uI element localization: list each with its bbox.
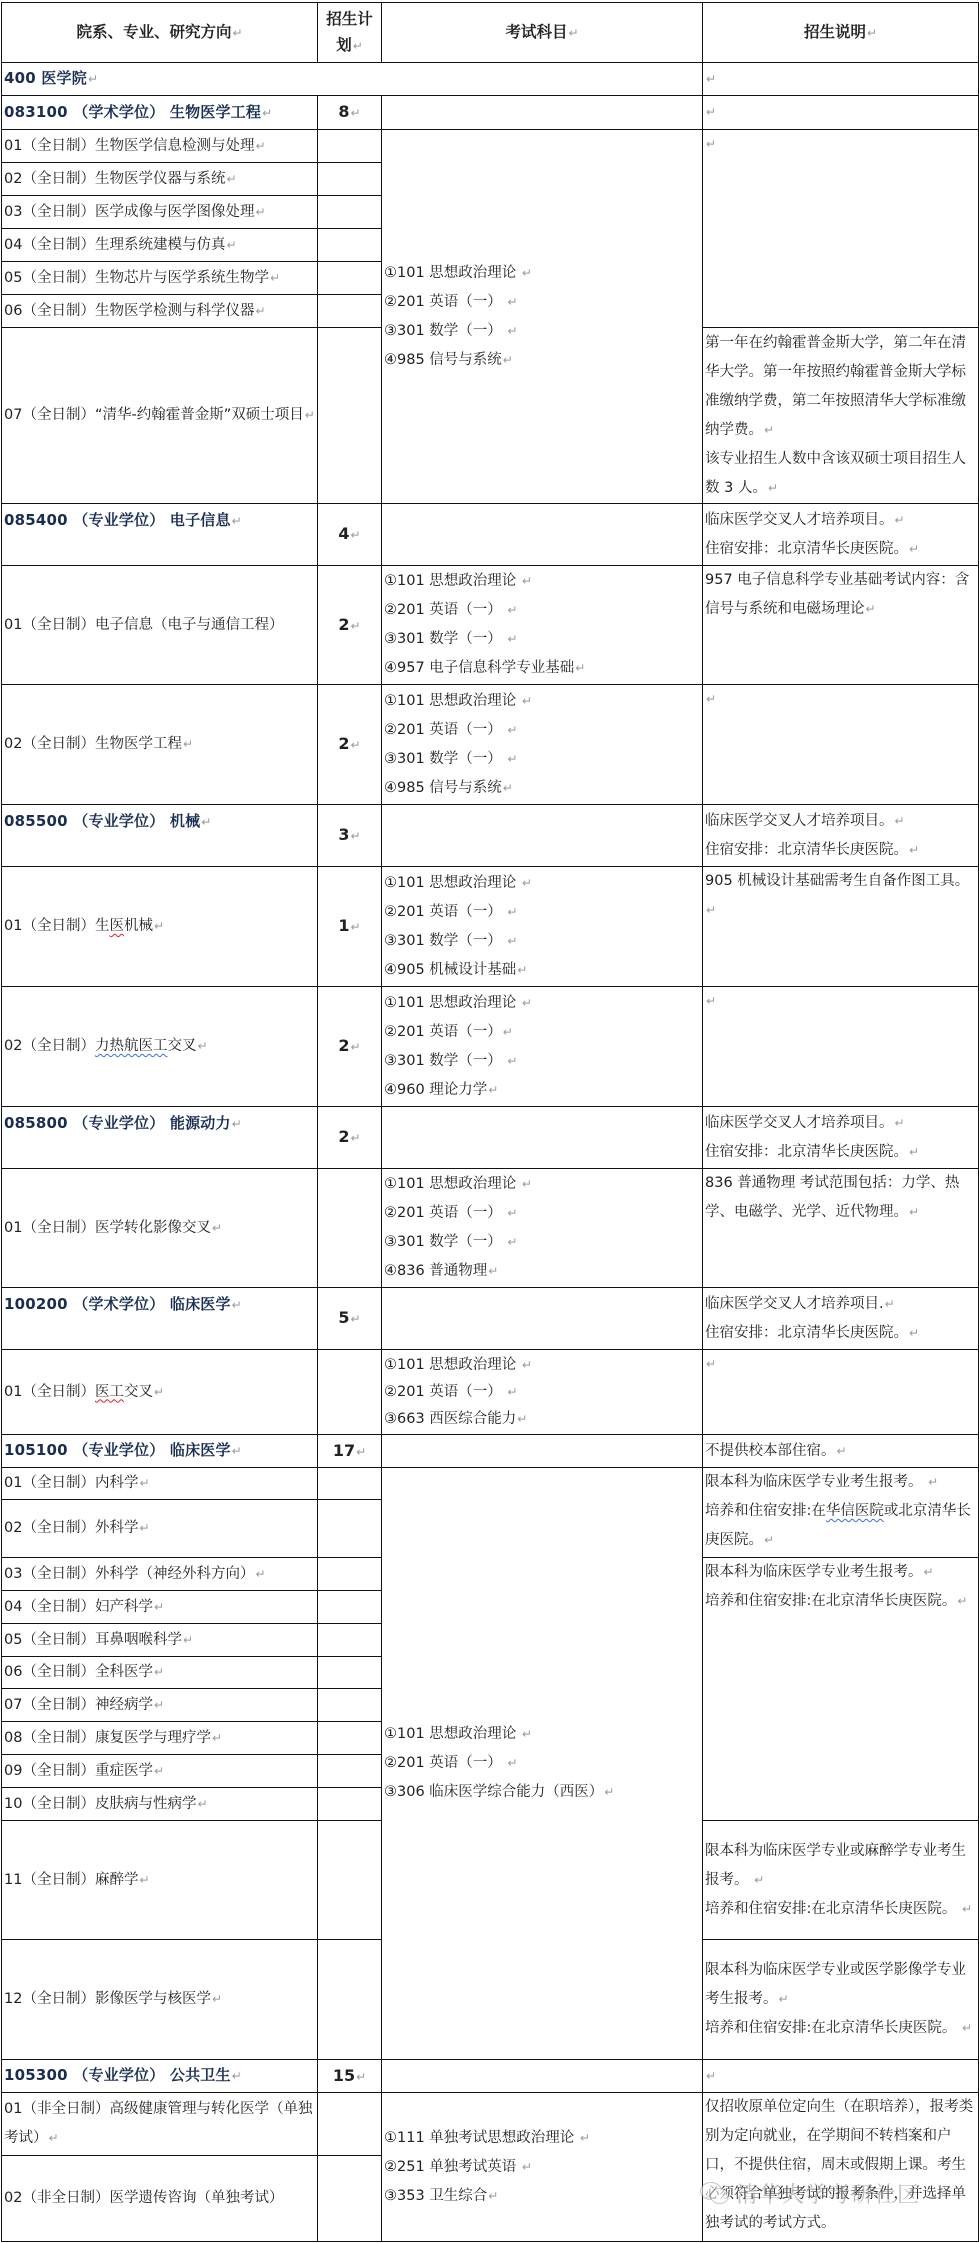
direction-subjects: ①101 思想政治理论 ↵ ②201 英语（一） ↵ ③663 西医综合能力↵: [382, 1350, 703, 1435]
major-row: 105300 （专业学位） 公共卫生↵ 15↵ ↵: [2, 2060, 979, 2093]
major-name: 100200 （学术学位） 临床医学↵: [2, 1288, 318, 1350]
subject-item: ①101 思想政治理论 ↵: [384, 259, 700, 288]
direction-row: 01（全日制）医学转化影像交叉↵ ①101 思想政治理论 ↵ ②201 英语（一…: [2, 1169, 979, 1288]
direction-note: ↵: [703, 130, 979, 328]
major-subjects: [382, 1288, 703, 1350]
direction-note: ↵: [703, 685, 979, 805]
major-row: 105100 （专业学位） 临床医学↵ 17↵ 不提供校本部住宿。↵: [2, 1435, 979, 1468]
direction-name: 06（全日制）全科医学↵: [2, 1657, 318, 1689]
direction-name: 01（全日制）生医机械↵: [2, 867, 318, 987]
major-plan: 8↵: [318, 96, 382, 130]
major-subjects: [382, 1107, 703, 1169]
direction-name: 01（全日制）内科学↵: [2, 1468, 318, 1500]
direction-row: 01（全日制）医工交叉↵ ①101 思想政治理论 ↵ ②201 英语（一） ↵ …: [2, 1350, 979, 1435]
direction-note: 仅招收原单位定向生（在职培养），报考类别为定向就业，在学期间不转档案和户口，不提…: [703, 2093, 979, 2242]
direction-note: 限本科为临床医学专业或麻醉学专业考生报考。 ↵ 培养和住宿安排:在北京清华长庚医…: [703, 1821, 979, 1940]
direction-note: 第一年在约翰霍普金斯大学，第二年在清华大学。第一年按照约翰霍普金斯大学标准缴纳学…: [703, 328, 979, 504]
direction-subjects: ①101 思想政治理论 ↵ ②201 英语（一） ↵ ③301 数学（一） ↵ …: [382, 867, 703, 987]
major-name: 105100 （专业学位） 临床医学↵: [2, 1435, 318, 1468]
header-direction: 院系、专业、研究方向↵: [2, 3, 318, 63]
direction-plan: [318, 1558, 382, 1591]
direction-name: 02（全日制）力热航医工交叉↵: [2, 987, 318, 1107]
direction-name: 02（全日制）生物医学工程↵: [2, 685, 318, 805]
direction-name: 07（全日制）“清华-约翰霍普金斯”双硕士项目↵: [2, 328, 318, 504]
direction-name: 03（全日制）医学成像与医学图像处理↵: [2, 196, 318, 229]
direction-plan: [318, 130, 382, 163]
major-name: 083100 （学术学位） 生物医学工程↵: [2, 96, 318, 130]
direction-plan: 2↵: [318, 685, 382, 805]
direction-name: 03（全日制）外科学（神经外科方向）↵: [2, 1558, 318, 1591]
major-plan: 2↵: [318, 1107, 382, 1169]
major-note: ↵: [703, 2060, 979, 2093]
direction-plan: [318, 262, 382, 295]
major-note: ↵: [703, 96, 979, 130]
department-row: 400 医学院↵ ↵: [2, 63, 979, 96]
direction-name: 09（全日制）重症医学↵: [2, 1755, 318, 1788]
major-plan: 3↵: [318, 805, 382, 867]
major-plan: 4↵: [318, 504, 382, 566]
direction-plan: [318, 295, 382, 328]
department-note: ↵: [703, 63, 979, 96]
direction-plan: [318, 1350, 382, 1435]
direction-plan: [318, 1657, 382, 1689]
direction-subjects: ①111 单独考试思想政治理论 ↵ ②251 单独考试英语 ↵ ③353 卫生综…: [382, 2093, 703, 2242]
direction-name: 10（全日制）皮肤病与性病学↵: [2, 1788, 318, 1821]
direction-name: 01（非全日制）高级健康管理与转化医学（单独考试）↵: [2, 2093, 318, 2156]
direction-plan: [318, 1689, 382, 1722]
major-subjects: [382, 504, 703, 566]
direction-note: 957 电子信息科学专业基础考试内容：含信号与系统和电磁场理论↵: [703, 566, 979, 685]
major-row: 100200 （学术学位） 临床医学↵ 5↵ 临床医学交叉人才培养项目.↵ 住宿…: [2, 1288, 979, 1350]
direction-name: 02（非全日制）医学遗传咨询（单独考试）: [2, 2156, 318, 2242]
direction-name: 04（全日制）妇产科学↵: [2, 1591, 318, 1624]
table-header-row: 院系、专业、研究方向↵ 招生计划↵ 考试科目↵ 招生说明↵: [2, 3, 979, 63]
major-note: 临床医学交叉人才培养项目。↵ 住宿安排：北京清华长庚医院。↵: [703, 1107, 979, 1169]
major-row: 085400 （专业学位） 电子信息↵ 4↵ 临床医学交叉人才培养项目。↵ 住宿…: [2, 504, 979, 566]
major-subjects: [382, 805, 703, 867]
direction-subjects: ①101 思想政治理论 ↵ ②201 英语（一） ↵ ③301 数学（一） ↵ …: [382, 685, 703, 805]
direction-plan: 1↵: [318, 867, 382, 987]
direction-subjects: ①101 思想政治理论 ↵ ②201 英语（一） ↵ ③301 数学（一） ↵ …: [382, 130, 703, 504]
direction-name: 08（全日制）康复医学与理疗学↵: [2, 1722, 318, 1755]
direction-subjects: ①101 思想政治理论 ↵ ②201 英语（一） ↵ ③301 数学（一） ↵ …: [382, 566, 703, 685]
direction-plan: [318, 1624, 382, 1657]
direction-row: 01（非全日制）高级健康管理与转化医学（单独考试）↵ ①111 单独考试思想政治…: [2, 2093, 979, 2156]
direction-note: ↵: [703, 987, 979, 1107]
direction-plan: [318, 1169, 382, 1288]
direction-plan: [318, 1788, 382, 1821]
direction-row: 01（全日制）生物医学信息检测与处理↵ ①101 思想政治理论 ↵ ②201 英…: [2, 130, 979, 163]
header-plan: 招生计划↵: [318, 3, 382, 63]
major-row: 085800 （专业学位） 能源动力↵ 2↵ 临床医学交叉人才培养项目。↵ 住宿…: [2, 1107, 979, 1169]
direction-note: 限本科为临床医学专业考生报考。 ↵ 培养和住宿安排:在华信医院或北京清华长庚医院…: [703, 1468, 979, 1558]
direction-name: 01（全日制）医学转化影像交叉↵: [2, 1169, 318, 1288]
department-name: 400 医学院↵: [2, 63, 703, 96]
major-name: 085800 （专业学位） 能源动力↵: [2, 1107, 318, 1169]
direction-plan: [318, 2156, 382, 2242]
direction-row: 02（全日制）力热航医工交叉↵ 2↵ ①101 思想政治理论 ↵ ②201 英语…: [2, 987, 979, 1107]
direction-note: 限本科为临床医学专业或医学影像学专业考生报考。↵ 培养和住宿安排:在北京清华长庚…: [703, 1940, 979, 2060]
major-name: 085400 （专业学位） 电子信息↵: [2, 504, 318, 566]
direction-subjects: ①101 思想政治理论 ↵ ②201 英语（一） ↵ ③301 数学（一） ↵ …: [382, 1169, 703, 1288]
direction-subjects: ①101 思想政治理论 ↵ ②201 英语（一）↵ ③301 数学（一） ↵ ④…: [382, 987, 703, 1107]
direction-note: ↵: [703, 1350, 979, 1435]
major-note: 临床医学交叉人才培养项目。↵ 住宿安排：北京清华长庚医院。↵: [703, 504, 979, 566]
direction-name: 05（全日制）耳鼻咽喉科学↵: [2, 1624, 318, 1657]
direction-name: 02（全日制）生物医学仪器与系统↵: [2, 163, 318, 196]
major-subjects: [382, 96, 703, 130]
direction-name: 02（全日制）外科学↵: [2, 1500, 318, 1558]
subject-item: ②201 英语（一） ↵: [384, 288, 700, 317]
direction-note: 限本科为临床医学专业考生报考。↵ 培养和住宿安排:在北京清华长庚医院。↵: [703, 1558, 979, 1821]
direction-name: 04（全日制）生理系统建模与仿真↵: [2, 229, 318, 262]
direction-plan: 2↵: [318, 566, 382, 685]
direction-plan: 2↵: [318, 987, 382, 1107]
major-subjects: [382, 2060, 703, 2093]
direction-plan: [318, 1755, 382, 1788]
direction-row: 01（全日制）内科学↵ ①101 思想政治理论 ↵ ②201 英语（一） ↵ ③…: [2, 1468, 979, 1500]
direction-subjects: ①101 思想政治理论 ↵ ②201 英语（一） ↵ ③306 临床医学综合能力…: [382, 1468, 703, 2060]
direction-plan: [318, 196, 382, 229]
major-subjects: [382, 1435, 703, 1468]
direction-name: 01（全日制）生物医学信息检测与处理↵: [2, 130, 318, 163]
direction-name: 01（全日制）电子信息（电子与通信工程）: [2, 566, 318, 685]
direction-plan: [318, 1500, 382, 1558]
header-subjects: 考试科目↵: [382, 3, 703, 63]
direction-plan: [318, 328, 382, 504]
direction-row: 01（全日制）生医机械↵ 1↵ ①101 思想政治理论 ↵ ②201 英语（一）…: [2, 867, 979, 987]
major-plan: 15↵: [318, 2060, 382, 2093]
direction-plan: [318, 2093, 382, 2156]
admissions-table: 院系、专业、研究方向↵ 招生计划↵ 考试科目↵ 招生说明↵ 400 医学院↵ ↵…: [1, 2, 979, 2242]
direction-plan: [318, 1940, 382, 2060]
major-plan: 17↵: [318, 1435, 382, 1468]
direction-name: 12（全日制）影像医学与核医学↵: [2, 1940, 318, 2060]
direction-name: 05（全日制）生物芯片与医学系统生物学↵: [2, 262, 318, 295]
direction-row: 02（全日制）生物医学工程↵ 2↵ ①101 思想政治理论 ↵ ②201 英语（…: [2, 685, 979, 805]
direction-plan: [318, 1821, 382, 1940]
direction-plan: [318, 1591, 382, 1624]
direction-name: 11（全日制）麻醉学↵: [2, 1821, 318, 1940]
major-note: 临床医学交叉人才培养项目。↵ 住宿安排：北京清华长庚医院。↵: [703, 805, 979, 867]
major-row: 083100 （学术学位） 生物医学工程↵ 8↵ ↵: [2, 96, 979, 130]
major-plan: 5↵: [318, 1288, 382, 1350]
direction-plan: [318, 163, 382, 196]
major-row: 085500 （专业学位） 机械↵ 3↵ 临床医学交叉人才培养项目。↵ 住宿安排…: [2, 805, 979, 867]
direction-plan: [318, 229, 382, 262]
direction-name: 06（全日制）生物医学检测与科学仪器↵: [2, 295, 318, 328]
major-name: 085500 （专业学位） 机械↵: [2, 805, 318, 867]
major-note: 临床医学交叉人才培养项目.↵ 住宿安排：北京清华长庚医院。↵: [703, 1288, 979, 1350]
direction-name: 07（全日制）神经病学↵: [2, 1689, 318, 1722]
subject-item: ③301 数学（一） ↵: [384, 317, 700, 346]
subject-item: ④985 信号与系统↵: [384, 346, 700, 375]
direction-note: 905 机械设计基础需考生自备作图工具。↵: [703, 867, 979, 987]
direction-plan: [318, 1722, 382, 1755]
direction-name: 01（全日制）医工交叉↵: [2, 1350, 318, 1435]
direction-note: 836 普通物理 考试范围包括：力学、热学、电磁学、光学、近代物理。↵: [703, 1169, 979, 1288]
major-note: 不提供校本部住宿。↵: [703, 1435, 979, 1468]
direction-plan: [318, 1468, 382, 1500]
header-notes: 招生说明↵: [703, 3, 979, 63]
major-name: 105300 （专业学位） 公共卫生↵: [2, 2060, 318, 2093]
direction-row: 01（全日制）电子信息（电子与通信工程） 2↵ ①101 思想政治理论 ↵ ②2…: [2, 566, 979, 685]
